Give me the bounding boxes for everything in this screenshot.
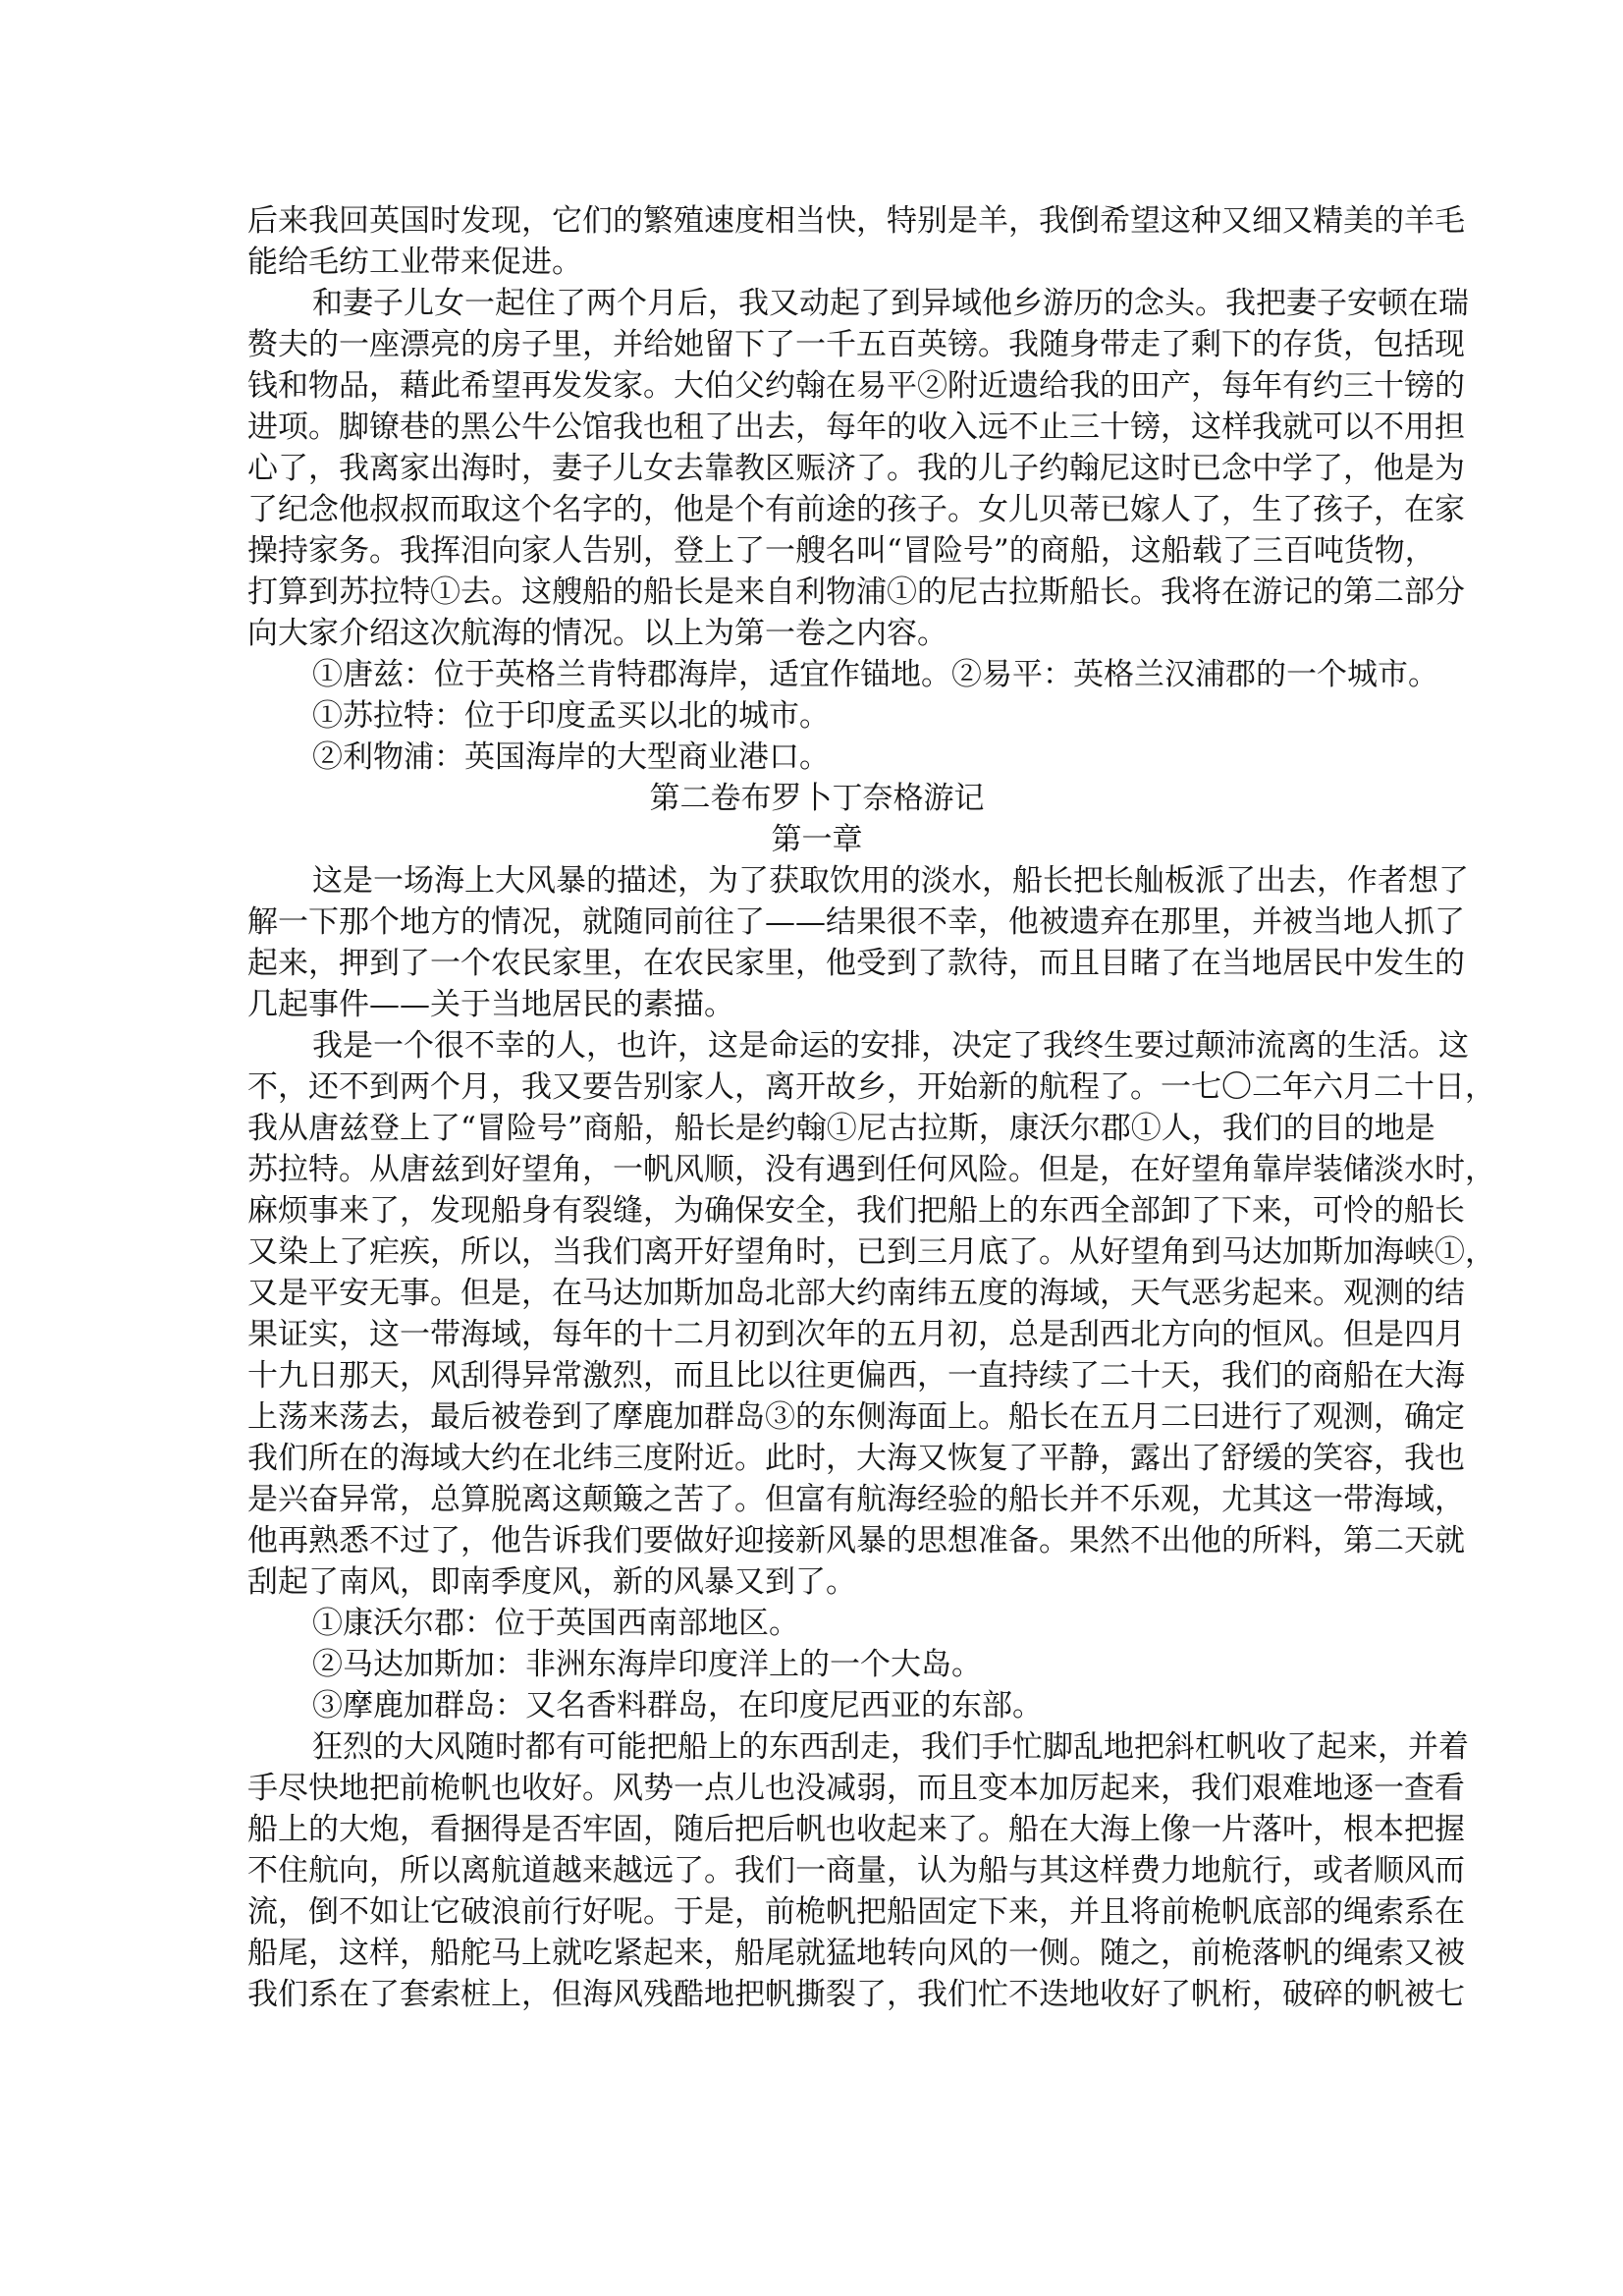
text-line: 我们所在的海域大约在北纬三度附近。此时，大海又恢复了平静，露出了舒缓的笑容，我也 [247, 1438, 1386, 1479]
text-line: 麻烦事来了，发现船身有裂缝，为确保安全，我们把船上的东西全部卸了下来，可怜的船长 [247, 1190, 1386, 1231]
text-line: 刮起了南风，即南季度风，新的风暴又到了。 [247, 1561, 1386, 1603]
text-line: 起来，押到了一个农民家里，在农民家里，他受到了款待，而且目睹了在当地居民中发生的 [247, 943, 1386, 984]
text-line: 狂烈的大风随时都有可能把船上的东西刮走，我们手忙脚乱地把斜杠帆收了起来，并着 [247, 1726, 1386, 1768]
text-line: 赘夫的一座漂亮的房子里，并给她留下了一千五百英镑。我随身带走了剩下的存货，包括现 [247, 324, 1386, 365]
text-line: 这是一场海上大风暴的描述，为了获取饮用的淡水，船长把长舢板派了出去，作者想了 [247, 860, 1386, 902]
text-line: 上荡来荡去，最后被卷到了摩鹿加群岛③的东侧海面上。船长在五月二曰进行了观测，确定 [247, 1396, 1386, 1438]
footnote: ①苏拉特：位于印度孟买以北的城市。 [247, 695, 1386, 737]
text-line: 钱和物品，藉此希望再发发家。大伯父约翰在易平②附近遗给我的田产，每年有约三十镑的 [247, 365, 1386, 407]
text-line: 向大家介绍这次航海的情况。以上为第一卷之内容。 [247, 613, 1386, 654]
chapter-summary: 这是一场海上大风暴的描述，为了获取饮用的淡水，船长把长舢板派了出去，作者想了 解… [247, 860, 1386, 1025]
text-line: 又是平安无事。但是，在马达加斯加岛北部大约南纬五度的海域，天气恶劣起来。观测的结 [247, 1273, 1386, 1314]
text-line: 进项。脚镣巷的黑公牛公馆我也租了出去，每年的收入远不止三十镑，这样我就可以不用担 [247, 407, 1386, 448]
paragraph-storm: 狂烈的大风随时都有可能把船上的东西刮走，我们手忙脚乱地把斜杠帆收了起来，并着 手… [247, 1726, 1386, 2015]
text-line: 我们系在了套索桩上，但海风残酷地把帆撕裂了，我们忙不迭地收好了帆桁，破碎的帆被七 [247, 1974, 1386, 2015]
text-line: 他再熟悉不过了，他告诉我们要做好迎接新风暴的思想准备。果然不出他的所料，第二天就 [247, 1520, 1386, 1561]
text-line: 我是一个很不幸的人，也许，这是命运的安排，决定了我终生要过颠沛流离的生活。这 [247, 1025, 1386, 1066]
text-line: 十九日那天，风刮得异常激烈，而且比以往更偏西，一直持续了二十天，我们的商船在大海 [247, 1355, 1386, 1396]
text-line: 不，还不到两个月，我又要告别家人，离开故乡，开始新的航程了。一七〇二年六月二十日… [247, 1066, 1386, 1108]
text-line: 和妻子儿女一起住了两个月后，我又动起了到异域他乡游历的念头。我把妻子安顿在瑞 [247, 283, 1386, 324]
footnote: ②马达加斯加：非洲东海岸印度洋上的一个大岛。 [247, 1644, 1386, 1685]
text-line: 能给毛纺工业带来促进。 [247, 242, 1386, 283]
footnote: ②利物浦：英国海岸的大型商业港口。 [247, 737, 1386, 778]
volume-title: 第二卷布罗卜丁奈格游记 [247, 778, 1386, 819]
text-line: 打算到苏拉特①去。这艘船的船长是来自利物浦①的尼古拉斯船长。我将在游记的第二部分 [247, 572, 1386, 613]
footnote: ①康沃尔郡：位于英国西南部地区。 [247, 1603, 1386, 1644]
document-page: 后来我回英国时发现，它们的繁殖速度相当快，特别是羊，我倒希望这种又细又精美的羊毛… [247, 200, 1386, 2015]
text-line: 是兴奋异常，总算脱离这颠簸之苦了。但富有航海经验的船长并不乐观，尤其这一带海域， [247, 1479, 1386, 1520]
chapter-title: 第一章 [247, 819, 1386, 860]
footnote: ①唐兹：位于英格兰肯特郡海岸，适宜作锚地。②易平：英格兰汉浦郡的一个城市。 [247, 654, 1386, 695]
text-line: 心了，我离家出海时，妻子儿女去靠教区赈济了。我的儿子约翰尼这时已念中学了，他是为 [247, 448, 1386, 489]
paragraph-family-departure: 和妻子儿女一起住了两个月后，我又动起了到异域他乡游历的念头。我把妻子安顿在瑞 赘… [247, 283, 1386, 654]
text-line: 苏拉特。从唐兹到好望角，一帆风顺，没有遇到任何风险。但是，在好望角靠岸装储淡水时… [247, 1149, 1386, 1190]
text-line: 我从唐兹登上了“冒险号”商船，船长是约翰①尼古拉斯，康沃尔郡①人，我们的目的地是 [247, 1108, 1386, 1149]
footnote: ③摩鹿加群岛：又名香料群岛，在印度尼西亚的东部。 [247, 1685, 1386, 1726]
text-line: 船尾，这样，船舵马上就吃紧起来，船尾就猛地转向风的一侧。随之，前桅落帆的绳索又被 [247, 1933, 1386, 1974]
paragraph-voyage: 我是一个很不幸的人，也许，这是命运的安排，决定了我终生要过颠沛流离的生活。这 不… [247, 1025, 1386, 1603]
text-line: 不住航向，所以离航道越来越远了。我们一商量，认为船与其这样费力地航行，或者顺风而 [247, 1850, 1386, 1891]
text-line: 果证实，这一带海域，每年的十二月初到次年的五月初，总是刮西北方向的恒风。但是四月 [247, 1314, 1386, 1355]
text-line: 流，倒不如让它破浪前行好呢。于是，前桅帆把船固定下来，并且将前桅帆底部的绳索系在 [247, 1891, 1386, 1933]
text-line: 了纪念他叔叔而取这个名字的，他是个有前途的孩子。女儿贝蒂已嫁人了，生了孩子，在家 [247, 489, 1386, 530]
footnotes-volume-one: ①唐兹：位于英格兰肯特郡海岸，适宜作锚地。②易平：英格兰汉浦郡的一个城市。 ①苏… [247, 654, 1386, 778]
text-line: 船上的大炮，看捆得是否牢固，随后把后帆也收起来了。船在大海上像一片落叶，根本把握 [247, 1809, 1386, 1850]
text-line: 操持家务。我挥泪向家人告别，登上了一艘名叫“冒险号”的商船，这船载了三百吨货物， [247, 530, 1386, 572]
text-line: 后来我回英国时发现，它们的繁殖速度相当快，特别是羊，我倒希望这种又细又精美的羊毛 [247, 200, 1386, 242]
text-line: 手尽快地把前桅帆也收好。风势一点儿也没减弱，而且变本加厉起来，我们艰难地逐一查看 [247, 1768, 1386, 1809]
footnotes-chapter-one: ①康沃尔郡：位于英国西南部地区。 ②马达加斯加：非洲东海岸印度洋上的一个大岛。 … [247, 1603, 1386, 1726]
paragraph-continuation: 后来我回英国时发现，它们的繁殖速度相当快，特别是羊，我倒希望这种又细又精美的羊毛… [247, 200, 1386, 283]
text-line: 几起事件——关于当地居民的素描。 [247, 984, 1386, 1025]
text-line: 又染上了疟疾，所以，当我们离开好望角时，已到三月底了。从好望角到马达加斯加海峡①… [247, 1231, 1386, 1273]
text-line: 解一下那个地方的情况，就随同前往了——结果很不幸，他被遗弃在那里，并被当地人抓了 [247, 902, 1386, 943]
